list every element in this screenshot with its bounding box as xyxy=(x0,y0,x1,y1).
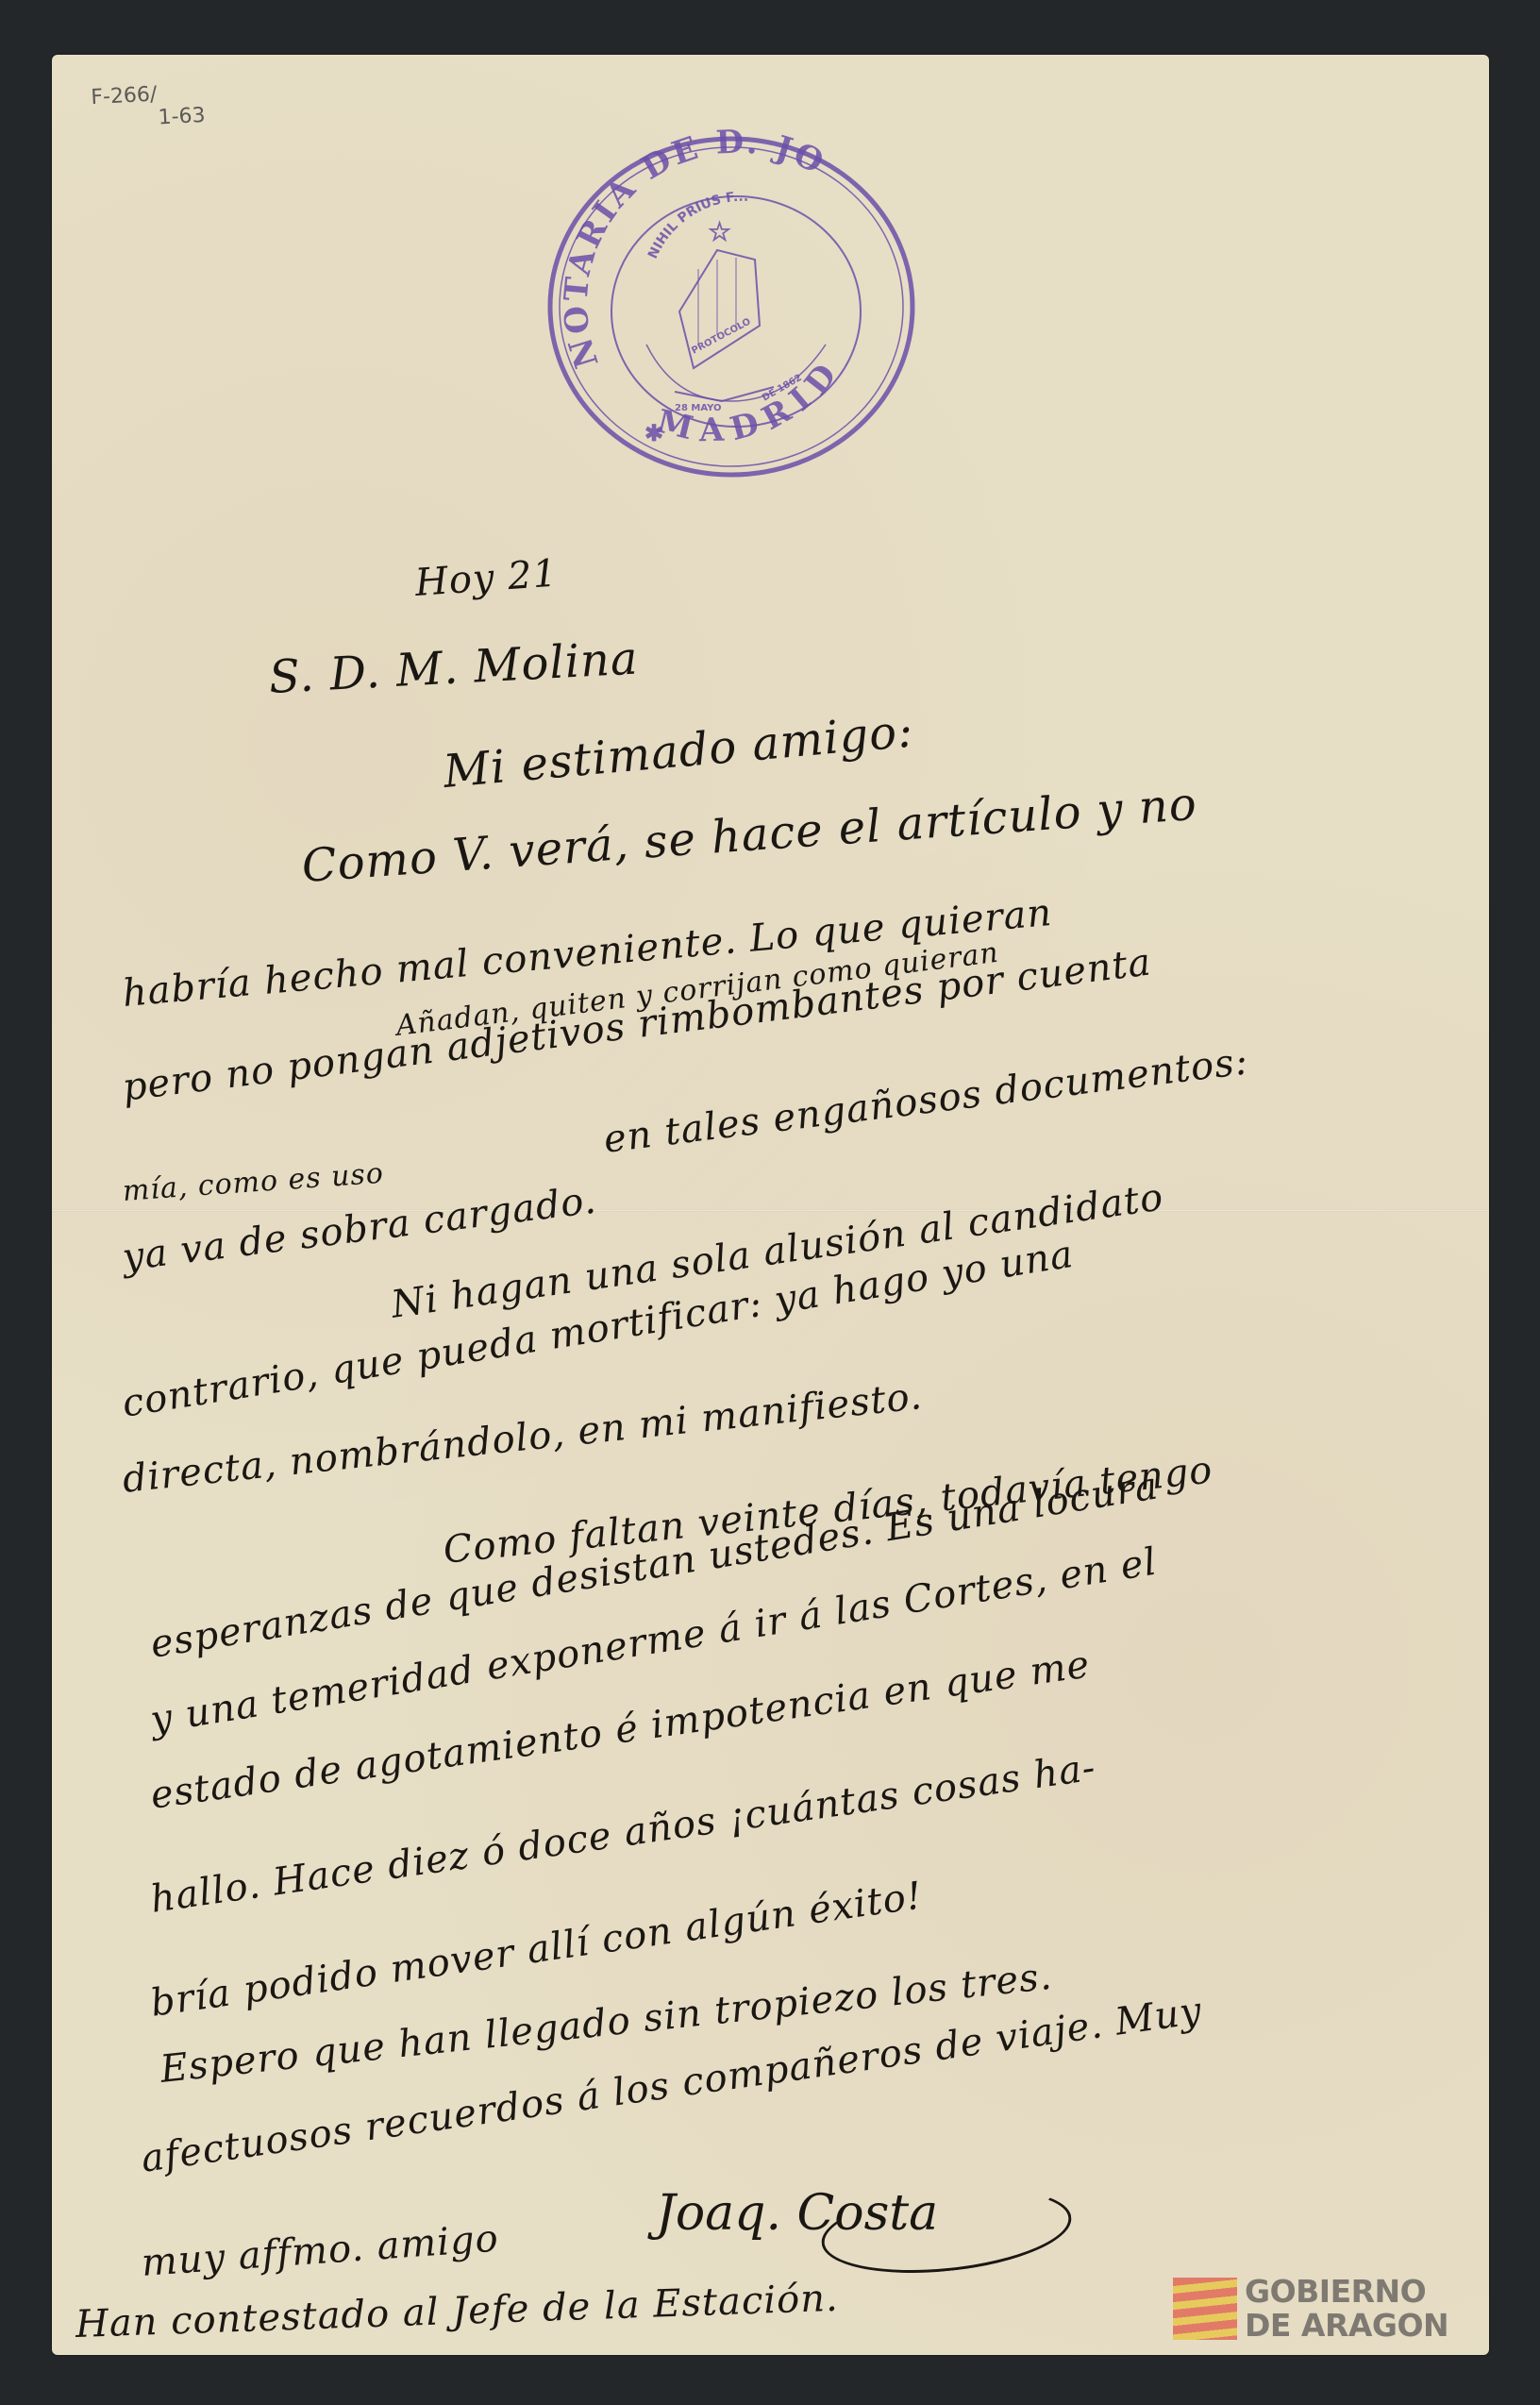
fold-line xyxy=(52,1209,1489,1212)
logo-line1: GOBIERNO xyxy=(1245,2275,1448,2309)
notary-stamp: NOTARIA DE D. JOAQ MADRID NIHIL PRIUS F.… xyxy=(533,118,939,496)
notary-seal-icon: NOTARIA DE D. JOAQ MADRID NIHIL PRIUS F.… xyxy=(533,118,939,496)
svg-text:NIHIL PRIUS F...: NIHIL PRIUS F... xyxy=(645,190,749,261)
archive-ref-line1: F-266/ xyxy=(91,83,158,110)
svg-text:NOTARIA DE D. JOAQ: NOTARIA DE D. JOAQ xyxy=(533,118,831,373)
archive-reference: F-266/ 1-63 xyxy=(91,80,206,134)
aragon-flag-icon xyxy=(1173,2278,1237,2340)
archive-ref-line2: 1-63 xyxy=(158,104,206,130)
gobierno-aragon-logo: GOBIERNO DE ARAGON xyxy=(1173,2275,1448,2343)
svg-text:28 MAYO: 28 MAYO xyxy=(675,403,722,413)
svg-text:✱: ✱ xyxy=(644,419,663,446)
logo-line2: DE ARAGON xyxy=(1245,2309,1448,2343)
svg-text:☆: ☆ xyxy=(708,216,731,247)
